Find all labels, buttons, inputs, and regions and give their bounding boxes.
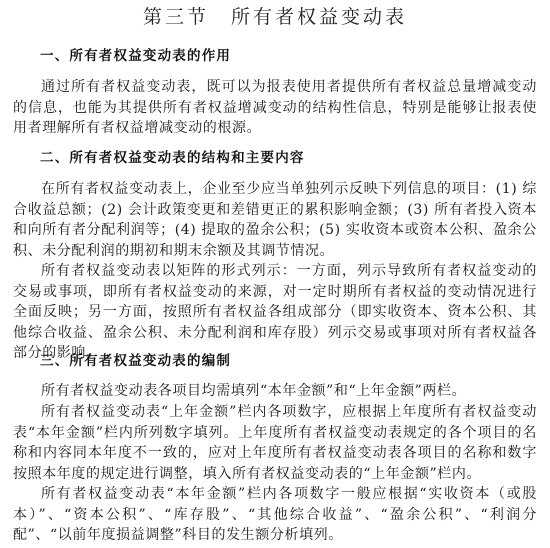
paragraph-preparation-columns: 所有者权益变动表各项目均需填列“本年金额”和“上年金额”两栏。 bbox=[13, 381, 537, 402]
paragraph-preparation-this-year: 所有者权益变动表“本年金额”栏内各项数字一般应根据“实收资本（或股本）”、“资本… bbox=[13, 484, 537, 546]
paragraph-purpose: 通过所有者权益变动表，既可以为报表使用者提供所有者权益总量增减变动的信息，也能为… bbox=[13, 77, 537, 139]
section-number: 第三节 bbox=[143, 6, 209, 28]
heading-purpose: 一、所有者权益变动表的作用 bbox=[40, 46, 231, 66]
section-title: 第三节所有者权益变动表 bbox=[13, 4, 537, 30]
section-name: 所有者权益变动表 bbox=[231, 6, 407, 28]
heading-structure: 二、所有者权益变动表的结构和主要内容 bbox=[40, 148, 305, 168]
heading-preparation: 三、所有者权益变动表的编制 bbox=[40, 351, 231, 371]
paragraph-structure-matrix: 所有者权益变动表以矩阵的形式列示：一方面，列示导致所有者权益变动的交易或事项，即… bbox=[13, 261, 537, 364]
paragraph-preparation-last-year: 所有者权益变动表“上年金额”栏内各项数字，应根据上年度所有者权益变动表“本年金额… bbox=[13, 402, 537, 484]
paragraph-structure-items: 在所有者权益变动表上，企业至少应当单独列示反映下列信息的项目：(1) 综合收益总… bbox=[13, 179, 537, 261]
